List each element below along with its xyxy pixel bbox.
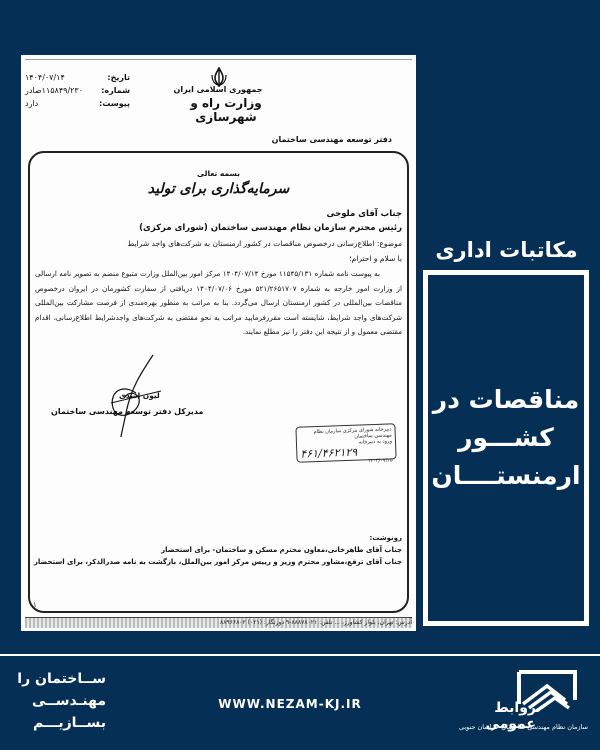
cc-line: جناب آقای طاهرخانی،معاون محترم مسکن و سا…	[161, 546, 402, 554]
footer-slogan-line: ســاختمان را	[16, 668, 106, 690]
letter-subject: موضوع: اطلاع‌رسانی درخصوص مناقصات در کشو…	[127, 239, 402, 248]
logo-subtitle: سازمان نظام مهندسی ساختمان خراسان جنوبی	[440, 723, 588, 731]
received-stamp: دبیرخانه شورای مرکزی سازمان نظام مهندسی …	[295, 423, 396, 462]
date-value: ۱۴۰۴/۰۷/۱۴	[25, 71, 65, 84]
attachment-value: دارد	[25, 97, 38, 110]
signer-name: لیون اسدی	[119, 391, 160, 400]
number-value: ۱۱۵۸۴۹/۲۳۰صادر	[25, 84, 83, 97]
government-name: جمهوری اسلامی ایران	[173, 85, 263, 94]
letter-footer-address: آدرس: تهران، بلوار کشاورز، ... تلفن: ۸۸۸…	[25, 617, 412, 628]
ministry-name: وزارت راه و شهرسازی	[161, 96, 291, 124]
addressee-name: جناب آقای ملوحی	[327, 209, 403, 219]
basmala: بسمه تعالی	[21, 169, 416, 178]
footer-slogan: ســاختمان را مهنـدســی بســازیـــم	[16, 668, 106, 734]
cc-line: جناب آقای ترفع،مشاور محترم وزیر و رییس م…	[34, 558, 402, 566]
number-label: شماره:	[101, 84, 130, 97]
top-rule	[25, 59, 412, 60]
website-link[interactable]: WWW.NEZAM-KJ.IR	[210, 697, 370, 711]
attachment-label: پیوست:	[99, 97, 130, 110]
greeting: با سلام و احترام؛	[349, 254, 402, 263]
post-title: مناقصات در کشـــور ارمنستــــان	[428, 381, 584, 495]
addressee-title: رئیس محترم سازمان نظام مهندسی ساختمان (ش…	[139, 223, 402, 233]
date-label: تاریخ:	[107, 71, 130, 84]
year-slogan: سرمایه‌گذاری برای تولید	[21, 181, 416, 197]
office-name: دفتر توسعه مهندسی ساختمان	[272, 135, 392, 144]
cc-title: رونوشت:	[370, 534, 403, 542]
post-title-line: کشـــور	[428, 419, 584, 457]
official-letter: جمهوری اسلامی ایران وزارت راه و شهرسازی …	[21, 55, 416, 631]
post-title-line: ارمنستــــان	[428, 457, 584, 495]
org-logo: روابط عمومی سازمان نظام مهندسی ساختمان خ…	[440, 668, 590, 743]
page-number: ۱	[33, 601, 37, 609]
signer-title: مدیرکل دفتر توسعه مهندسی ساختمان	[51, 407, 204, 416]
iran-emblem-icon	[210, 67, 228, 87]
title-box: مناقصات در کشـــور ارمنستــــان	[423, 270, 589, 626]
letter-body-paragraph: به پیوست نامه شماره ۱۱۵۴۵/۱۳۱ مورخ ۱۴۰۴/…	[35, 267, 402, 340]
footer-slogan-line: مهنـدســی	[16, 690, 106, 712]
letter-meta: تاریخ: ۱۴۰۴/۰۷/۱۴ شماره: ۱۱۵۸۴۹/۲۳۰صادر …	[25, 71, 130, 110]
footer-slogan-line: بســازیـــم	[16, 712, 106, 734]
letter-body: به پیوست نامه شماره ۱۱۵۴۵/۱۳۱ مورخ ۱۴۰۴/…	[35, 267, 402, 340]
footer-divider	[0, 654, 600, 656]
post-title-line: مناقصات در	[428, 381, 584, 419]
category-heading: مکاتبات اداری	[423, 236, 590, 264]
letter-frame	[28, 151, 409, 613]
